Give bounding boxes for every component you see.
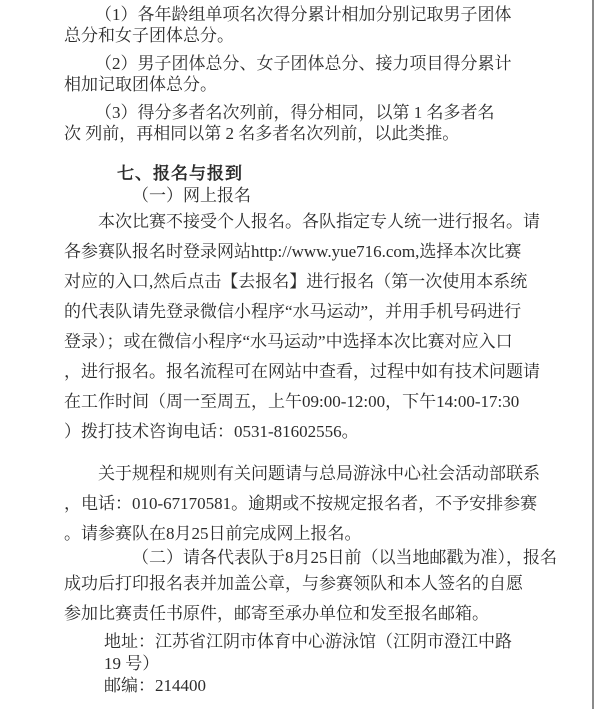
address-line-2: 19 号） [104,653,566,675]
mail-paragraph-line-3: 参加比赛责任书原件，邮寄至承办单位和发至报名邮箱。 [64,599,566,629]
document-page: （1）各年龄组单项名次得分累计相加分别记取男子团体 总分和女子团体总分。 （2）… [0,0,594,709]
online-paragraph-line-8-tech-phone: ）拨打技术咨询电话：0531-81602556。 [64,417,566,447]
online-paragraph-line-7-work-hours: 在工作时间（周一至周五，上午09:00-12:00，下午14:00-17:30 [64,387,566,417]
section-heading-registration: 七、报名与报到 [64,163,566,185]
contact-paragraph-line-1: 关于规程和规则有关问题请与总局游泳中心社会活动部联系 [64,459,566,489]
paragraph-contact-info: 关于规程和规则有关问题请与总局游泳中心社会活动部联系 ，电话：010-67170… [64,459,566,549]
scoring-rule-item-3: （3）得分多者名次列前，得分相同，以第 1 名多者名 次 列前，再相同以第 2 … [64,102,566,144]
postal-code-line: 邮编：214400 [104,675,566,697]
online-paragraph-line-6: ，进行报名。报名流程可在网站中查看，过程中如有技术问题请 [64,357,566,387]
scoring-rule-item-1-line-2: 总分和女子团体总分。 [64,25,566,46]
scoring-rule-item-2: （2）男子团体总分、女子团体总分、接力项目得分累计 相加记取团体总分。 [64,53,566,95]
scoring-rule-item-3-line-2: 次 列前，再相同以第 2 名多者名次列前，以此类推。 [64,123,566,144]
contact-paragraph-line-3-deadline: 。请参赛队在8月25日前完成网上报名。 [64,519,566,549]
scoring-rule-item-2-line-1: （2）男子团体总分、女子团体总分、接力项目得分累计 [64,53,566,74]
paragraph-online-registration: 本次比赛不接受个人报名。各队指定专人统一进行报名。请 各参赛队报名时登录网站ht… [64,207,566,447]
mail-paragraph-line-2: 成功后打印报名表并加盖公章，与参赛领队和本人签名的自愿 [64,569,566,599]
mail-paragraph-line-1: （二）请各代表队于8月25日前（以当地邮戳为准），报名 [64,547,566,569]
scoring-rule-item-1-line-1: （1）各年龄组单项名次得分累计相加分别记取男子团体 [64,4,566,25]
online-paragraph-line-3: 对应的入口,然后点击【去报名】进行报名（第一次使用本系统 [64,267,566,297]
online-paragraph-line-2-website: 各参赛队报名时登录网站http://www.yue716.com,选择本次比赛 [64,237,566,267]
scoring-rule-item-3-line-1: （3）得分多者名次列前，得分相同，以第 1 名多者名 [64,102,566,123]
scoring-rule-item-2-line-2: 相加记取团体总分。 [64,74,566,95]
address-block: 地址：江苏省江阴市体育中心游泳馆（江阴市澄江中路 19 号） 邮编：214400 [104,631,566,697]
contact-paragraph-line-2-phone: ，电话：010-67170581。逾期或不按规定报名者，不予安排参赛 [64,489,566,519]
online-paragraph-line-5: 登录）；或在微信小程序“水马运动”中选择本次比赛对应入口 [64,327,566,357]
address-line-1: 地址：江苏省江阴市体育中心游泳馆（江阴市澄江中路 [104,631,566,653]
subsection-heading-online-registration: （一）网上报名 [64,185,566,207]
online-paragraph-line-1: 本次比赛不接受个人报名。各队指定专人统一进行报名。请 [64,207,566,237]
online-paragraph-line-4: 的代表队请先登录微信小程序“水马运动”，并用手机号码进行 [64,297,566,327]
paragraph-mail-registration: （二）请各代表队于8月25日前（以当地邮戳为准），报名 成功后打印报名表并加盖公… [64,547,566,629]
document-content: （1）各年龄组单项名次得分累计相加分别记取男子团体 总分和女子团体总分。 （2）… [0,0,592,697]
scoring-rule-item-1: （1）各年龄组单项名次得分累计相加分别记取男子团体 总分和女子团体总分。 [64,4,566,46]
